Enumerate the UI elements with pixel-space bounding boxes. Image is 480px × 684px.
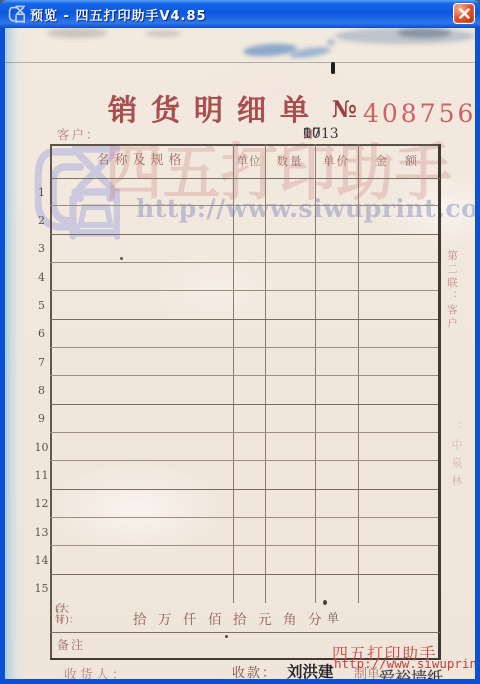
column-header-name: 名称及规格 — [50, 150, 233, 172]
customer-label: 客户： — [57, 125, 101, 143]
column-header-price: 单价 — [315, 150, 358, 172]
invoice-no-label: № — [332, 96, 357, 123]
row-number: 15 — [34, 575, 49, 603]
table-row — [50, 490, 438, 518]
row-number: 3 — [34, 235, 49, 263]
table-total-line — [50, 632, 440, 633]
paper-speck — [323, 600, 327, 605]
total-label-line2: (大写)： — [55, 604, 79, 626]
table-row — [50, 405, 438, 433]
payee-name: 刘洪建 — [287, 660, 334, 679]
row-number: 9 — [34, 405, 49, 433]
row-number: 13 — [34, 518, 49, 546]
table-row — [50, 235, 438, 263]
window-title: 预览 - 四五打印助手V4.85 — [30, 5, 207, 24]
table-row — [50, 263, 438, 291]
receiver-label: 收货人： — [64, 664, 128, 679]
row-number: 11 — [34, 461, 49, 489]
maker-name: 爱裕墙纸 — [379, 665, 443, 679]
paper-smudge-right-dark — [397, 28, 451, 38]
row-number: 7 — [34, 348, 49, 376]
row-number: 10 — [34, 433, 49, 461]
ink-mark — [331, 62, 335, 74]
total-daxie-scale: 拾万仟佰拾元角分 — [133, 608, 333, 628]
table-row — [50, 291, 438, 319]
column-header-amount: 金额 — [358, 150, 438, 172]
column-header-unit: 单位 — [233, 150, 265, 172]
row-number: 6 — [34, 320, 49, 348]
row-number: 2 — [34, 206, 49, 234]
table-border-right — [438, 144, 441, 660]
invoice-no-value: 4087560 — [363, 99, 475, 128]
payee-label: 收款： — [232, 662, 277, 679]
row-number: 12 — [34, 490, 49, 518]
row-number: 8 — [34, 376, 49, 404]
table-row — [50, 433, 438, 461]
table-row — [50, 376, 438, 404]
scanned-invoice: 四五打印助手 http://www.siwuprint.com 销货明细单 № … — [5, 28, 475, 679]
title-bar[interactable]: 预览 - 四五打印助手V4.85 — [0, 0, 480, 28]
table-body — [50, 178, 438, 603]
table-row — [50, 206, 438, 234]
scan-fold-line — [5, 62, 475, 63]
window-frame: 预览 - 四五打印助手V4.85 四五打印助手 — [0, 0, 480, 684]
table-row — [50, 461, 438, 489]
table-row — [50, 518, 438, 546]
column-header-qty: 数量 — [265, 150, 315, 172]
close-button[interactable] — [453, 3, 475, 24]
invoice-title: 销货明细单 — [108, 88, 323, 129]
table-row — [50, 546, 438, 574]
close-icon — [459, 8, 470, 19]
remark-label: 备注 — [57, 636, 85, 653]
table-row — [50, 178, 438, 206]
date-day-label: 日 — [303, 126, 314, 142]
row-number: 4 — [34, 263, 49, 291]
total-stray-mark: 单 — [327, 609, 339, 626]
paper-smudge-left — [47, 28, 107, 38]
paper-speck — [225, 635, 228, 638]
paper-speck — [120, 257, 123, 260]
table-row — [50, 575, 438, 603]
margin-extra-text: ：中泉林 — [448, 421, 464, 493]
row-number: 1 — [34, 178, 49, 206]
row-number-column: 1 2 3 4 5 6 7 8 9 10 11 12 13 14 15 — [34, 178, 49, 603]
row-number: 5 — [34, 291, 49, 319]
table-border-top — [50, 144, 440, 146]
row-number: 14 — [34, 546, 49, 574]
margin-copy-text: 第二联：客户 — [445, 250, 460, 331]
table-row — [50, 348, 438, 376]
ink-smudge-blue-3 — [327, 40, 335, 45]
table-row — [50, 320, 438, 348]
paper-smudge-mid — [145, 30, 181, 37]
app-icon — [7, 5, 25, 23]
